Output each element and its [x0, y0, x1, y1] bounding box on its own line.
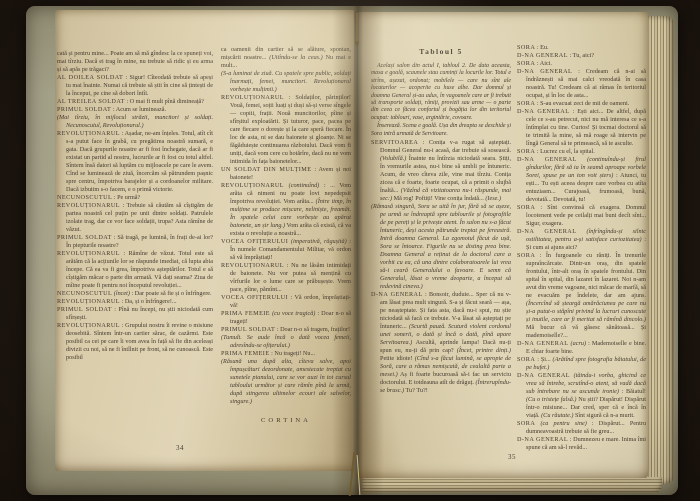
right-page-column-2: SORA : Eu.D-NA GENERAL : Tu, aici?SORA :… [517, 44, 646, 460]
speaker-name: PRIMA FEMEIE [221, 350, 270, 357]
speaker-name: SORA [517, 60, 535, 67]
intro-paragraph: Înserează. Scena e goală. Ușa din dreapt… [371, 123, 511, 138]
speech-paragraph: REVOLUȚIONARUL : Soldaților, părinților!… [221, 94, 351, 166]
stage-direction-inline: (imperativă, răgușită) [291, 238, 347, 245]
cont-paragraph: ca oamenii din cartier să se alăture, sp… [221, 46, 351, 70]
speech-paragraph: D-NA GENERAL (continuîndu-și firul gîndu… [517, 156, 646, 204]
binding-thread-top [356, 13, 358, 45]
speaker-name: SORA [517, 44, 535, 51]
left-page-number: 34 [176, 444, 184, 452]
speech-paragraph: REVOLUȚIONARUL : Da, și o înfrîngere!... [57, 298, 213, 306]
speech-paragraph: SORA : S-au evacuat zeci de mii de oamen… [517, 100, 646, 108]
speaker-name: REVOLUȚIONARUL [57, 250, 120, 257]
speaker-name: D-NA GENERAL [517, 52, 568, 59]
speech-paragraph: SORA : Eu. [517, 44, 646, 52]
speaker-name: REVOLUȚIONARUL [221, 262, 284, 269]
speaker-name: SORA [517, 148, 535, 155]
speaker-name: SORA [517, 356, 535, 363]
speech-paragraph: REVOLUȚIONARUL : Așadar, ne-am înțeles. … [57, 130, 213, 194]
speaker-name: REVOLUȚIONARUL [221, 94, 284, 101]
speech-paragraph: SERVITOAREA : Conița v-a rugat să aștept… [371, 139, 511, 203]
speaker-name: D-NA GENERAL [517, 436, 568, 443]
speech-paragraph: REVOLUȚIONARUL : Grupului nostru îi revi… [57, 322, 213, 362]
stage-direction-inline: (acru) [571, 340, 586, 347]
stage-paragraph: (Mai tîrziu, în mijlocul străzii, muncit… [57, 114, 213, 130]
stage-direction-inline: (încet) [114, 290, 130, 297]
speaker-name: AL TREILEA SOLDAT [57, 98, 125, 105]
speech-paragraph: SORA : Lucrez cu el, la spital. [517, 148, 646, 156]
speaker-name: REVOLUȚIONARUL [57, 130, 120, 137]
speaker-name: REVOLUȚIONARUL [57, 202, 120, 209]
intro-paragraph: Același salon din actul I, tabloul 2. De… [371, 63, 511, 122]
speaker-name: UN SOLDAT DIN MULȚIME [221, 166, 311, 173]
speech-paragraph: AL TREILEA SOLDAT : O mai fi mult pînă d… [57, 98, 213, 106]
page-stack-right-edge [646, 16, 674, 484]
speaker-name: VOCEA OFIȚERULUI [221, 238, 288, 245]
speech-paragraph: AL DOILEA SOLDAT : Sigur! Cîteodată treb… [57, 74, 213, 98]
speech-paragraph: PRIMUL SOLDAT : Pînă nu începi, nu știi … [57, 306, 213, 322]
left-page-column-1: cată și pentru mine... Poate am să mă gî… [57, 50, 213, 450]
speech-paragraph: D-NA GENERAL : Bonsoir, duduie... Sper c… [371, 291, 511, 395]
speaker-name: PRIMA FEMEIE [221, 310, 270, 317]
stage-paragraph: (Tumult. Se aude încă o dată vocea femei… [221, 334, 351, 350]
speech-paragraph: SORA : Și... (Arătînd spre fotografia bă… [517, 356, 646, 372]
stage-direction-inline: (cu voce tragică) [272, 310, 315, 317]
book-photo: cată și pentru mine... Poate am să mă gî… [0, 0, 700, 501]
speaker-name: SORA [517, 252, 535, 259]
speech-paragraph: D-NA GENERAL (înfrîngîndu-și silnic osti… [517, 228, 646, 252]
speech-paragraph: SORA (ca pentru sine) : Dispărut... Pent… [517, 420, 646, 436]
speaker-name: D-NA GENERAL [517, 108, 569, 115]
cont-paragraph: cată și pentru mine... Poate am să mă gî… [57, 50, 213, 74]
speech-paragraph: VOCEA OFIȚERULUI : Vă ordon, împrăștiați… [221, 294, 351, 310]
speaker-name: REVOLUȚIONARUL [57, 298, 120, 305]
speech-paragraph: REVOLUȚIONARUL : Nu ne lăsăm intimidați … [221, 262, 351, 294]
speech-paragraph: NECUNOSCUTUL (încet) : Dar poate să fie … [57, 290, 213, 298]
speech-paragraph: PRIMA FEMEIE (cu voce tragică) : Doar n-… [221, 310, 351, 326]
stage-paragraph: (S-a luminat de ziuă. Cu spatele spre pu… [221, 70, 351, 94]
stage-paragraph: (Rămasă singură, Sora se uită în jur, fă… [371, 203, 511, 291]
speaker-name: D-NA GENERAL [517, 340, 568, 347]
speech-paragraph: REVOLUȚIONARUL : Trebuie să căutăm să cî… [57, 202, 213, 234]
heading-paragraph: Tabloul 5 [371, 48, 511, 56]
speaker-name: D-NA GENERAL [517, 372, 570, 379]
speaker-name: D-NA GENERAL [517, 228, 576, 235]
speaker-name: SORA [517, 420, 535, 427]
speech-paragraph: VOCEA OFIȚERULUI (imperativă, răgușită) … [221, 238, 351, 262]
speaker-name: PRIMUL SOLDAT [57, 306, 112, 313]
speaker-name: REVOLUȚIONARUL [221, 182, 284, 189]
speech-paragraph: UN SOLDAT DIN MULȚIME : Avem și noi baio… [221, 166, 351, 182]
speech-paragraph: NECUNOSCUTUL : Pe urmă? [57, 194, 213, 202]
stage-paragraph: (Răsună una după alta, cîteva salve, apo… [221, 358, 351, 406]
speaker-name: SORA [517, 204, 535, 211]
speech-paragraph: PRIMUL SOLDAT : Doar n-o să tragem, fraț… [221, 326, 351, 334]
page-stack-bottom-edge [362, 477, 662, 493]
speech-paragraph: D-NA GENERAL : Tu, aici? [517, 52, 646, 60]
speech-paragraph: D-NA GENERAL (acru) : Mademoiselle e bin… [517, 340, 646, 356]
speaker-name: AL DOILEA SOLDAT [57, 74, 123, 81]
speech-paragraph: SORA : Aici. [517, 60, 646, 68]
cortina-paragraph: CORTINA [221, 417, 351, 425]
stage-direction-inline: (continuînd) [289, 182, 320, 189]
speaker-name: NECUNOSCUTUL [57, 290, 112, 297]
speaker-name: NECUNOSCUTUL [57, 194, 112, 201]
speech-paragraph: REVOLUȚIONARUL (continuînd) : ... Vom ar… [221, 182, 351, 238]
speech-paragraph: D-NA GENERAL (tăindu-i vorba, ghicind ce… [517, 372, 646, 420]
speaker-name: SORA [517, 100, 535, 107]
speaker-name: D-NA GENERAL [517, 68, 572, 75]
speech-paragraph: PRIMUL SOLDAT : Să tragă, pe lumină, în … [57, 234, 213, 250]
speech-paragraph: D-NA GENERAL : Dumnezeu e mare. Inima îm… [517, 436, 646, 452]
speech-paragraph: PRIMUL SOLDAT : Acum se luminează. [57, 106, 213, 114]
right-page-column-1: Tabloul 5Același salon din actul I, tabl… [371, 48, 511, 462]
speech-paragraph: PRIMA FEMEIE : Nu trageți! Nu... [221, 350, 351, 358]
speech-paragraph: SORA : Sînt convinsă că exagera. Domnul … [517, 204, 646, 228]
speaker-name: VOCEA OFIȚERULUI [221, 294, 288, 301]
speech-paragraph: SORA : În furgoanele cu răniți. În trenu… [517, 252, 646, 340]
speaker-name: PRIMUL SOLDAT [57, 106, 111, 113]
speech-paragraph: D-NA GENERAL : Credeam că n-ai să îndrăz… [517, 68, 646, 100]
speech-paragraph: REVOLUȚIONARUL : Rămîne de văzut. Totul … [57, 250, 213, 290]
speaker-name: SERVITOAREA [371, 139, 418, 146]
speaker-name: PRIMUL SOLDAT [221, 326, 275, 333]
speaker-name: D-NA GENERAL [517, 156, 577, 163]
left-page-column-2: ca oamenii din cartier să se alăture, sp… [221, 46, 351, 460]
right-page-number: 35 [508, 453, 516, 461]
speaker-name: REVOLUȚIONARUL [57, 322, 120, 329]
speech-paragraph: D-NA GENERAL : Ești aici... De altfel, d… [517, 108, 646, 148]
speaker-name: PRIMUL SOLDAT [57, 234, 112, 241]
stage-direction-inline: (ca pentru sine) [540, 420, 586, 427]
speaker-name: D-NA GENERAL [371, 291, 423, 298]
